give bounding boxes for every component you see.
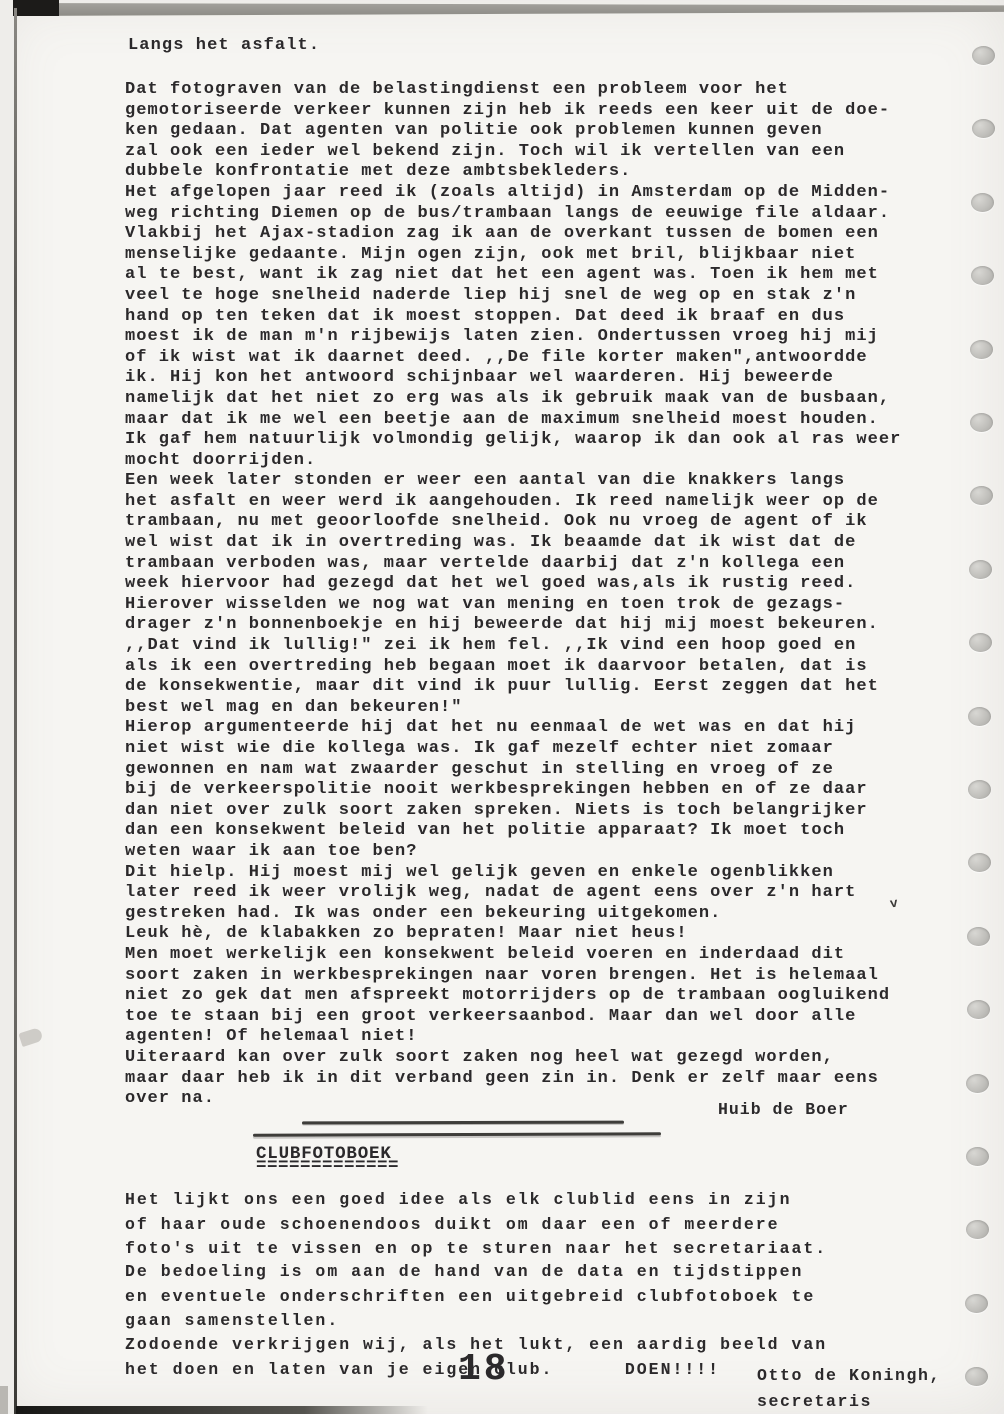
binder-hole <box>968 780 991 799</box>
secretary-signature-role: secretaris <box>757 1392 872 1411</box>
binder-hole <box>965 1367 988 1386</box>
scan-bottom-edge <box>16 1406 428 1414</box>
scan-check-mark: v <box>889 896 899 912</box>
divider-line-upper <box>302 1121 624 1125</box>
author-signature: Huib de Boer <box>718 1100 849 1119</box>
binder-hole <box>966 1074 989 1093</box>
binder-hole <box>967 1000 990 1019</box>
binder-hole <box>966 1220 989 1239</box>
binder-hole <box>971 193 994 212</box>
binder-hole <box>965 1294 988 1313</box>
divider-line-lower <box>253 1132 661 1136</box>
binding-margin-strip <box>0 0 14 1414</box>
binder-hole <box>969 560 992 579</box>
scan-top-edge <box>13 3 1004 16</box>
binding-edge-line <box>14 8 17 1414</box>
scan-corner-mark <box>13 0 59 16</box>
binder-hole <box>972 46 995 65</box>
section-paragraph: De bedoeling is om aan de hand van de da… <box>125 1260 815 1334</box>
scan-smudge <box>18 1027 43 1047</box>
secretary-signature-name: Otto de Koningh, <box>757 1366 941 1385</box>
binder-hole <box>967 927 990 946</box>
article-title: Langs het asfalt. <box>128 36 320 55</box>
article-body: Dat fotograven van de belastingdienst ee… <box>125 80 901 1110</box>
page-number: 18 <box>458 1348 510 1391</box>
binder-hole <box>968 707 991 726</box>
section-heading-underline: ============= <box>256 1156 399 1176</box>
binder-hole <box>969 633 992 652</box>
binder-hole <box>971 266 994 285</box>
binder-hole <box>966 1147 989 1166</box>
scan-bottom-corner-mark <box>0 1386 8 1414</box>
section-paragraph: Het lijkt ons een goed idee als elk club… <box>125 1188 827 1262</box>
binder-hole <box>970 340 993 359</box>
binder-hole <box>970 413 993 432</box>
binder-hole <box>968 853 991 872</box>
binder-hole <box>970 486 993 505</box>
binder-hole <box>972 119 995 138</box>
scanned-page: Langs het asfalt. Dat fotograven van de … <box>0 0 1004 1414</box>
